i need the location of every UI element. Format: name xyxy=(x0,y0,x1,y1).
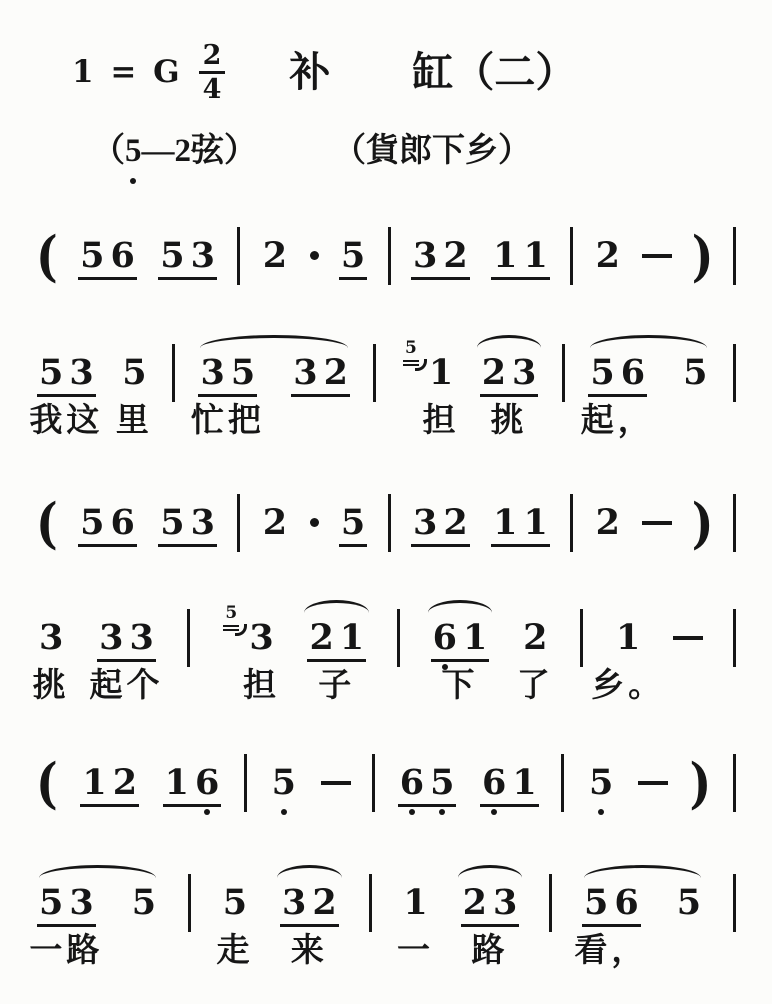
note-digits: 5 xyxy=(338,238,368,273)
note-digits: 53 xyxy=(157,505,218,540)
note: 5 xyxy=(674,885,704,920)
digit: 2 xyxy=(260,505,290,540)
lyric: 起， xyxy=(581,405,655,438)
slur-group: 53一路5 xyxy=(36,885,159,920)
digit: 3 xyxy=(197,355,227,390)
beam-underline xyxy=(491,544,550,547)
beam-underline xyxy=(339,544,367,547)
lyric: 我这 xyxy=(29,405,103,438)
grace-note: 5 xyxy=(219,605,243,631)
digit: 5 xyxy=(587,355,617,390)
note: 35忙把 xyxy=(197,355,258,390)
duration-dot xyxy=(310,518,319,527)
music-line: 53我这5里35忙把3251担23挑56起，5 xyxy=(36,341,736,405)
note: 56起， xyxy=(587,355,648,390)
digit: 1 xyxy=(521,505,551,540)
note: 11 xyxy=(490,238,551,273)
note: 5里 xyxy=(119,355,149,390)
note-digits: 56起， xyxy=(587,355,648,390)
lyric: 里 xyxy=(116,405,153,438)
note: 23路 xyxy=(460,885,521,920)
note: 61 xyxy=(479,765,540,800)
note: 56 xyxy=(77,238,138,273)
barline xyxy=(733,754,736,812)
grace-number: 5 xyxy=(225,605,237,622)
note: 12 xyxy=(79,765,140,800)
lyric: 起个 xyxy=(89,670,163,703)
digit: 5 xyxy=(36,355,66,390)
note-digits: 53一路 xyxy=(36,885,97,920)
digit: 5 xyxy=(220,885,250,920)
note-digits: 56看， xyxy=(581,885,642,920)
slur-arc xyxy=(277,865,342,878)
note: 5 xyxy=(680,355,710,390)
digit: 6 xyxy=(611,885,641,920)
digit: 1 xyxy=(490,238,520,273)
beam-underline xyxy=(37,924,96,927)
tuning-rest: —2弦） xyxy=(142,133,258,169)
note: 21子 xyxy=(306,620,367,655)
digit: 5 xyxy=(269,765,299,800)
sheet-music-page: 1 = G 2 4 补 缸（二） （5—2弦） （貨郎下乡） (56532532… xyxy=(0,0,772,1004)
note-digits: 11 xyxy=(490,238,551,273)
digit: 2 xyxy=(520,620,550,655)
digit: 3 xyxy=(246,620,276,655)
dash-note xyxy=(321,781,351,785)
note-digits: 56 xyxy=(77,238,138,273)
barline xyxy=(372,754,375,812)
digit: 5 xyxy=(581,885,611,920)
note-digits: 5 xyxy=(680,355,710,390)
lyric: 子 xyxy=(318,670,355,703)
lyric: 下 xyxy=(442,670,479,703)
digit: 3 xyxy=(188,238,218,273)
note-digits: 23路 xyxy=(460,885,521,920)
digit: 6 xyxy=(108,238,138,273)
note-digits: 1乡。 xyxy=(613,620,643,655)
note-digits: 53我这 xyxy=(36,355,97,390)
music-line: 53一路55走32来1一23路56看，5 xyxy=(36,871,736,935)
barline xyxy=(369,874,372,932)
beam-underline xyxy=(78,277,137,280)
digit: 3 xyxy=(490,885,520,920)
digit: 6 xyxy=(397,765,427,800)
time-signature-denominator: 4 xyxy=(203,74,222,103)
barline xyxy=(733,494,736,552)
digit: 5 xyxy=(427,765,457,800)
lyric: 走 xyxy=(216,935,253,968)
slur-group: 56起，5 xyxy=(587,355,710,390)
digit: 1 xyxy=(337,620,367,655)
note: 11 xyxy=(490,505,551,540)
note-digits: 35忙把 xyxy=(197,355,258,390)
digit: 3 xyxy=(96,620,126,655)
grace-beam xyxy=(403,360,419,362)
note: 32 xyxy=(410,505,471,540)
beam-underline xyxy=(158,277,217,280)
digit: 2 xyxy=(440,505,470,540)
slur-arc xyxy=(428,600,493,613)
lyric: 了 xyxy=(517,670,554,703)
digit: 6 xyxy=(479,765,509,800)
grace-note: 5 xyxy=(399,340,423,366)
slur-arc xyxy=(200,335,347,348)
digit: 5 xyxy=(338,505,368,540)
digit: 6 xyxy=(430,620,460,655)
key-signature: 1 = G xyxy=(72,54,183,90)
lyric: 乡。 xyxy=(591,670,665,703)
lyric: 担 xyxy=(243,670,280,703)
note: 53我这 xyxy=(36,355,97,390)
digit: 2 xyxy=(460,885,490,920)
note-digits: 32 xyxy=(410,505,471,540)
barline xyxy=(733,609,736,667)
slur-arc xyxy=(590,335,707,348)
note-digits: 32 xyxy=(410,238,471,273)
note: 5 xyxy=(338,505,368,540)
header: 1 = G 2 4 补 缸（二） xyxy=(72,36,772,108)
barline xyxy=(237,494,240,552)
lyric: 一路 xyxy=(29,935,103,968)
lyric: 忙把 xyxy=(191,405,265,438)
grace-number: 5 xyxy=(405,340,417,357)
digit: 2 xyxy=(593,238,623,273)
note-digits: 5走 xyxy=(220,885,250,920)
note: 51担 xyxy=(399,355,456,390)
digit: 2 xyxy=(110,765,140,800)
note: 53一路 xyxy=(36,885,97,920)
note: 5走 xyxy=(220,885,250,920)
note: 1一 xyxy=(400,885,430,920)
beam-underline xyxy=(480,804,539,807)
slur-arc xyxy=(39,865,156,878)
beam-underline xyxy=(411,277,470,280)
beam-underline xyxy=(398,804,457,807)
note-digits: 5 xyxy=(269,765,299,800)
digit: 2 xyxy=(260,238,290,273)
page-title: 补 缸（二） xyxy=(289,52,576,93)
note: 16 xyxy=(162,765,223,800)
digit: 3 xyxy=(126,620,156,655)
digit: 2 xyxy=(306,620,336,655)
subtitle-row: （5—2弦） （貨郎下乡） xyxy=(92,132,772,172)
barline xyxy=(570,227,573,285)
barline xyxy=(733,227,736,285)
digit: 3 xyxy=(509,355,539,390)
lyric: 看， xyxy=(574,935,648,968)
note-digits: 23挑 xyxy=(479,355,540,390)
note: 3挑 xyxy=(36,620,66,655)
note-digits: 3挑 xyxy=(36,620,66,655)
barline xyxy=(237,227,240,285)
note-digits: 2 xyxy=(260,238,290,273)
note: 2 xyxy=(260,238,290,273)
note: 56 xyxy=(77,505,138,540)
note: 5 xyxy=(338,238,368,273)
lyric: 来 xyxy=(291,935,328,968)
note-digits: 33起个 xyxy=(96,620,157,655)
note: 5 xyxy=(129,885,159,920)
barline xyxy=(733,874,736,932)
digit: 1 xyxy=(490,505,520,540)
note-digits: 5里 xyxy=(119,355,149,390)
digit: 3 xyxy=(66,355,96,390)
beam-underline xyxy=(588,394,647,397)
slur-group: 35忙把32 xyxy=(197,355,350,390)
music-line: (56532532112) xyxy=(36,224,736,288)
note-digits: 2 xyxy=(593,238,623,273)
beam-underline xyxy=(480,394,539,397)
barline xyxy=(570,494,573,552)
digit: 1 xyxy=(79,765,109,800)
digit: 5 xyxy=(157,238,187,273)
parenthesis: ( xyxy=(36,228,58,282)
music-line: (1216565615) xyxy=(36,751,736,815)
dash-note xyxy=(673,636,703,640)
parenthesis: ( xyxy=(36,755,58,809)
note-digits: 11 xyxy=(490,505,551,540)
beam-underline xyxy=(461,924,520,927)
time-signature: 2 4 xyxy=(199,42,226,103)
digit: 2 xyxy=(479,355,509,390)
tuning-note: 5 xyxy=(125,132,142,172)
beam-underline xyxy=(431,659,490,662)
note: 56看， xyxy=(581,885,642,920)
barline xyxy=(188,874,191,932)
note-digits: 65 xyxy=(397,765,458,800)
note: 23挑 xyxy=(479,355,540,390)
note: 53担 xyxy=(219,620,276,655)
beam-underline xyxy=(491,277,550,280)
note-digits: 2 xyxy=(593,505,623,540)
slur-arc xyxy=(477,335,542,348)
digit: 3 xyxy=(290,355,320,390)
beam-underline xyxy=(78,544,137,547)
subtitle: （貨郎下乡） xyxy=(333,132,531,172)
note: 2 xyxy=(260,505,290,540)
digit: 5 xyxy=(228,355,258,390)
digit: 5 xyxy=(680,355,710,390)
barline xyxy=(561,754,564,812)
barline xyxy=(187,609,190,667)
digit: 3 xyxy=(66,885,96,920)
note: 1乡。 xyxy=(613,620,643,655)
duration-dot xyxy=(310,251,319,260)
slur-group: 56看，5 xyxy=(581,885,704,920)
note: 2 xyxy=(593,238,623,273)
slur-arc xyxy=(584,865,701,878)
digit: 1 xyxy=(509,765,539,800)
digit: 6 xyxy=(108,505,138,540)
beam-underline xyxy=(280,924,339,927)
music-line: 3挑33起个53担21子61下2了1乡。 xyxy=(36,606,736,670)
digit: 3 xyxy=(410,238,440,273)
note-digits: 5 xyxy=(129,885,159,920)
beam-underline xyxy=(411,544,470,547)
digit: 5 xyxy=(157,505,187,540)
digit: 6 xyxy=(192,765,222,800)
score: (56532532112)53我这5里35忙把3251担23挑56起，5(565… xyxy=(36,224,736,935)
note-digits: 1一 xyxy=(400,885,430,920)
grace-beam xyxy=(403,364,419,366)
digit: 1 xyxy=(521,238,551,273)
digit: 2 xyxy=(593,505,623,540)
digit: 3 xyxy=(188,505,218,540)
note-digits: 5 xyxy=(674,885,704,920)
note: 2 xyxy=(593,505,623,540)
note: 32 xyxy=(410,238,471,273)
note: 5 xyxy=(269,765,299,800)
barline xyxy=(172,344,175,402)
slur-arc xyxy=(458,865,523,878)
beam-underline xyxy=(307,659,366,662)
note: 61下 xyxy=(430,620,491,655)
beam-underline xyxy=(158,544,217,547)
digit: 6 xyxy=(618,355,648,390)
barline xyxy=(733,344,736,402)
lyric: 挑 xyxy=(491,405,528,438)
note-digits: 61 xyxy=(479,765,540,800)
digit: 5 xyxy=(338,238,368,273)
note-digits: 21子 xyxy=(306,620,367,655)
note-digits: 53 xyxy=(157,238,218,273)
barline xyxy=(388,494,391,552)
grace-beam xyxy=(223,625,239,627)
tuning-open-paren: （ xyxy=(92,133,125,169)
digit: 1 xyxy=(162,765,192,800)
beam-underline xyxy=(97,659,156,662)
note: 32 xyxy=(290,355,351,390)
parenthesis: ( xyxy=(36,495,58,549)
digit: 3 xyxy=(279,885,309,920)
digit: 1 xyxy=(613,620,643,655)
digit: 5 xyxy=(77,238,107,273)
grace-beam xyxy=(223,629,239,631)
note: 53 xyxy=(157,238,218,273)
digit: 3 xyxy=(36,620,66,655)
beam-underline xyxy=(80,804,139,807)
digit: 3 xyxy=(410,505,440,540)
digit: 1 xyxy=(460,620,490,655)
note-digits: 3担 xyxy=(246,620,276,655)
parenthesis: ) xyxy=(692,495,714,549)
note-digits: 32来 xyxy=(279,885,340,920)
beam-underline xyxy=(291,394,350,397)
barline xyxy=(373,344,376,402)
note: 33起个 xyxy=(96,620,157,655)
beam-underline xyxy=(198,394,257,397)
digit: 5 xyxy=(129,885,159,920)
beam-underline xyxy=(37,394,96,397)
digit: 5 xyxy=(119,355,149,390)
dash-note xyxy=(642,254,672,258)
digit: 1 xyxy=(426,355,456,390)
note-digits: 32 xyxy=(290,355,351,390)
note-digits: 1担 xyxy=(426,355,456,390)
lyric: 一 xyxy=(397,935,434,968)
note-digits: 61下 xyxy=(430,620,491,655)
note-digits: 5 xyxy=(338,505,368,540)
note: 32来 xyxy=(279,885,340,920)
note-digits: 12 xyxy=(79,765,140,800)
parenthesis: ) xyxy=(692,228,714,282)
note: 2了 xyxy=(520,620,550,655)
digit: 2 xyxy=(309,885,339,920)
note: 53 xyxy=(157,505,218,540)
digit: 2 xyxy=(321,355,351,390)
note-digits: 5 xyxy=(586,765,616,800)
beam-underline xyxy=(582,924,641,927)
digit: 5 xyxy=(674,885,704,920)
barline xyxy=(549,874,552,932)
dash-note xyxy=(638,781,668,785)
barline xyxy=(562,344,565,402)
time-signature-numerator: 2 xyxy=(199,42,226,74)
digit: 5 xyxy=(36,885,66,920)
note-digits: 2了 xyxy=(520,620,550,655)
barline xyxy=(388,227,391,285)
note: 65 xyxy=(397,765,458,800)
digit: 5 xyxy=(77,505,107,540)
slur-arc xyxy=(304,600,369,613)
music-line: (56532532112) xyxy=(36,491,736,555)
note-digits: 16 xyxy=(162,765,223,800)
digit: 2 xyxy=(440,238,470,273)
barline xyxy=(244,754,247,812)
parenthesis: ) xyxy=(689,755,711,809)
note: 5 xyxy=(586,765,616,800)
barline xyxy=(580,609,583,667)
lyric: 路 xyxy=(471,935,508,968)
note-digits: 2 xyxy=(260,505,290,540)
barline xyxy=(397,609,400,667)
beam-underline xyxy=(163,804,222,807)
lyric: 担 xyxy=(423,405,460,438)
note-digits: 56 xyxy=(77,505,138,540)
dash-note xyxy=(642,521,672,525)
beam-underline xyxy=(339,277,367,280)
lyric: 挑 xyxy=(33,670,70,703)
digit: 1 xyxy=(400,885,430,920)
string-tuning: （5—2弦） xyxy=(92,132,257,172)
digit: 5 xyxy=(586,765,616,800)
